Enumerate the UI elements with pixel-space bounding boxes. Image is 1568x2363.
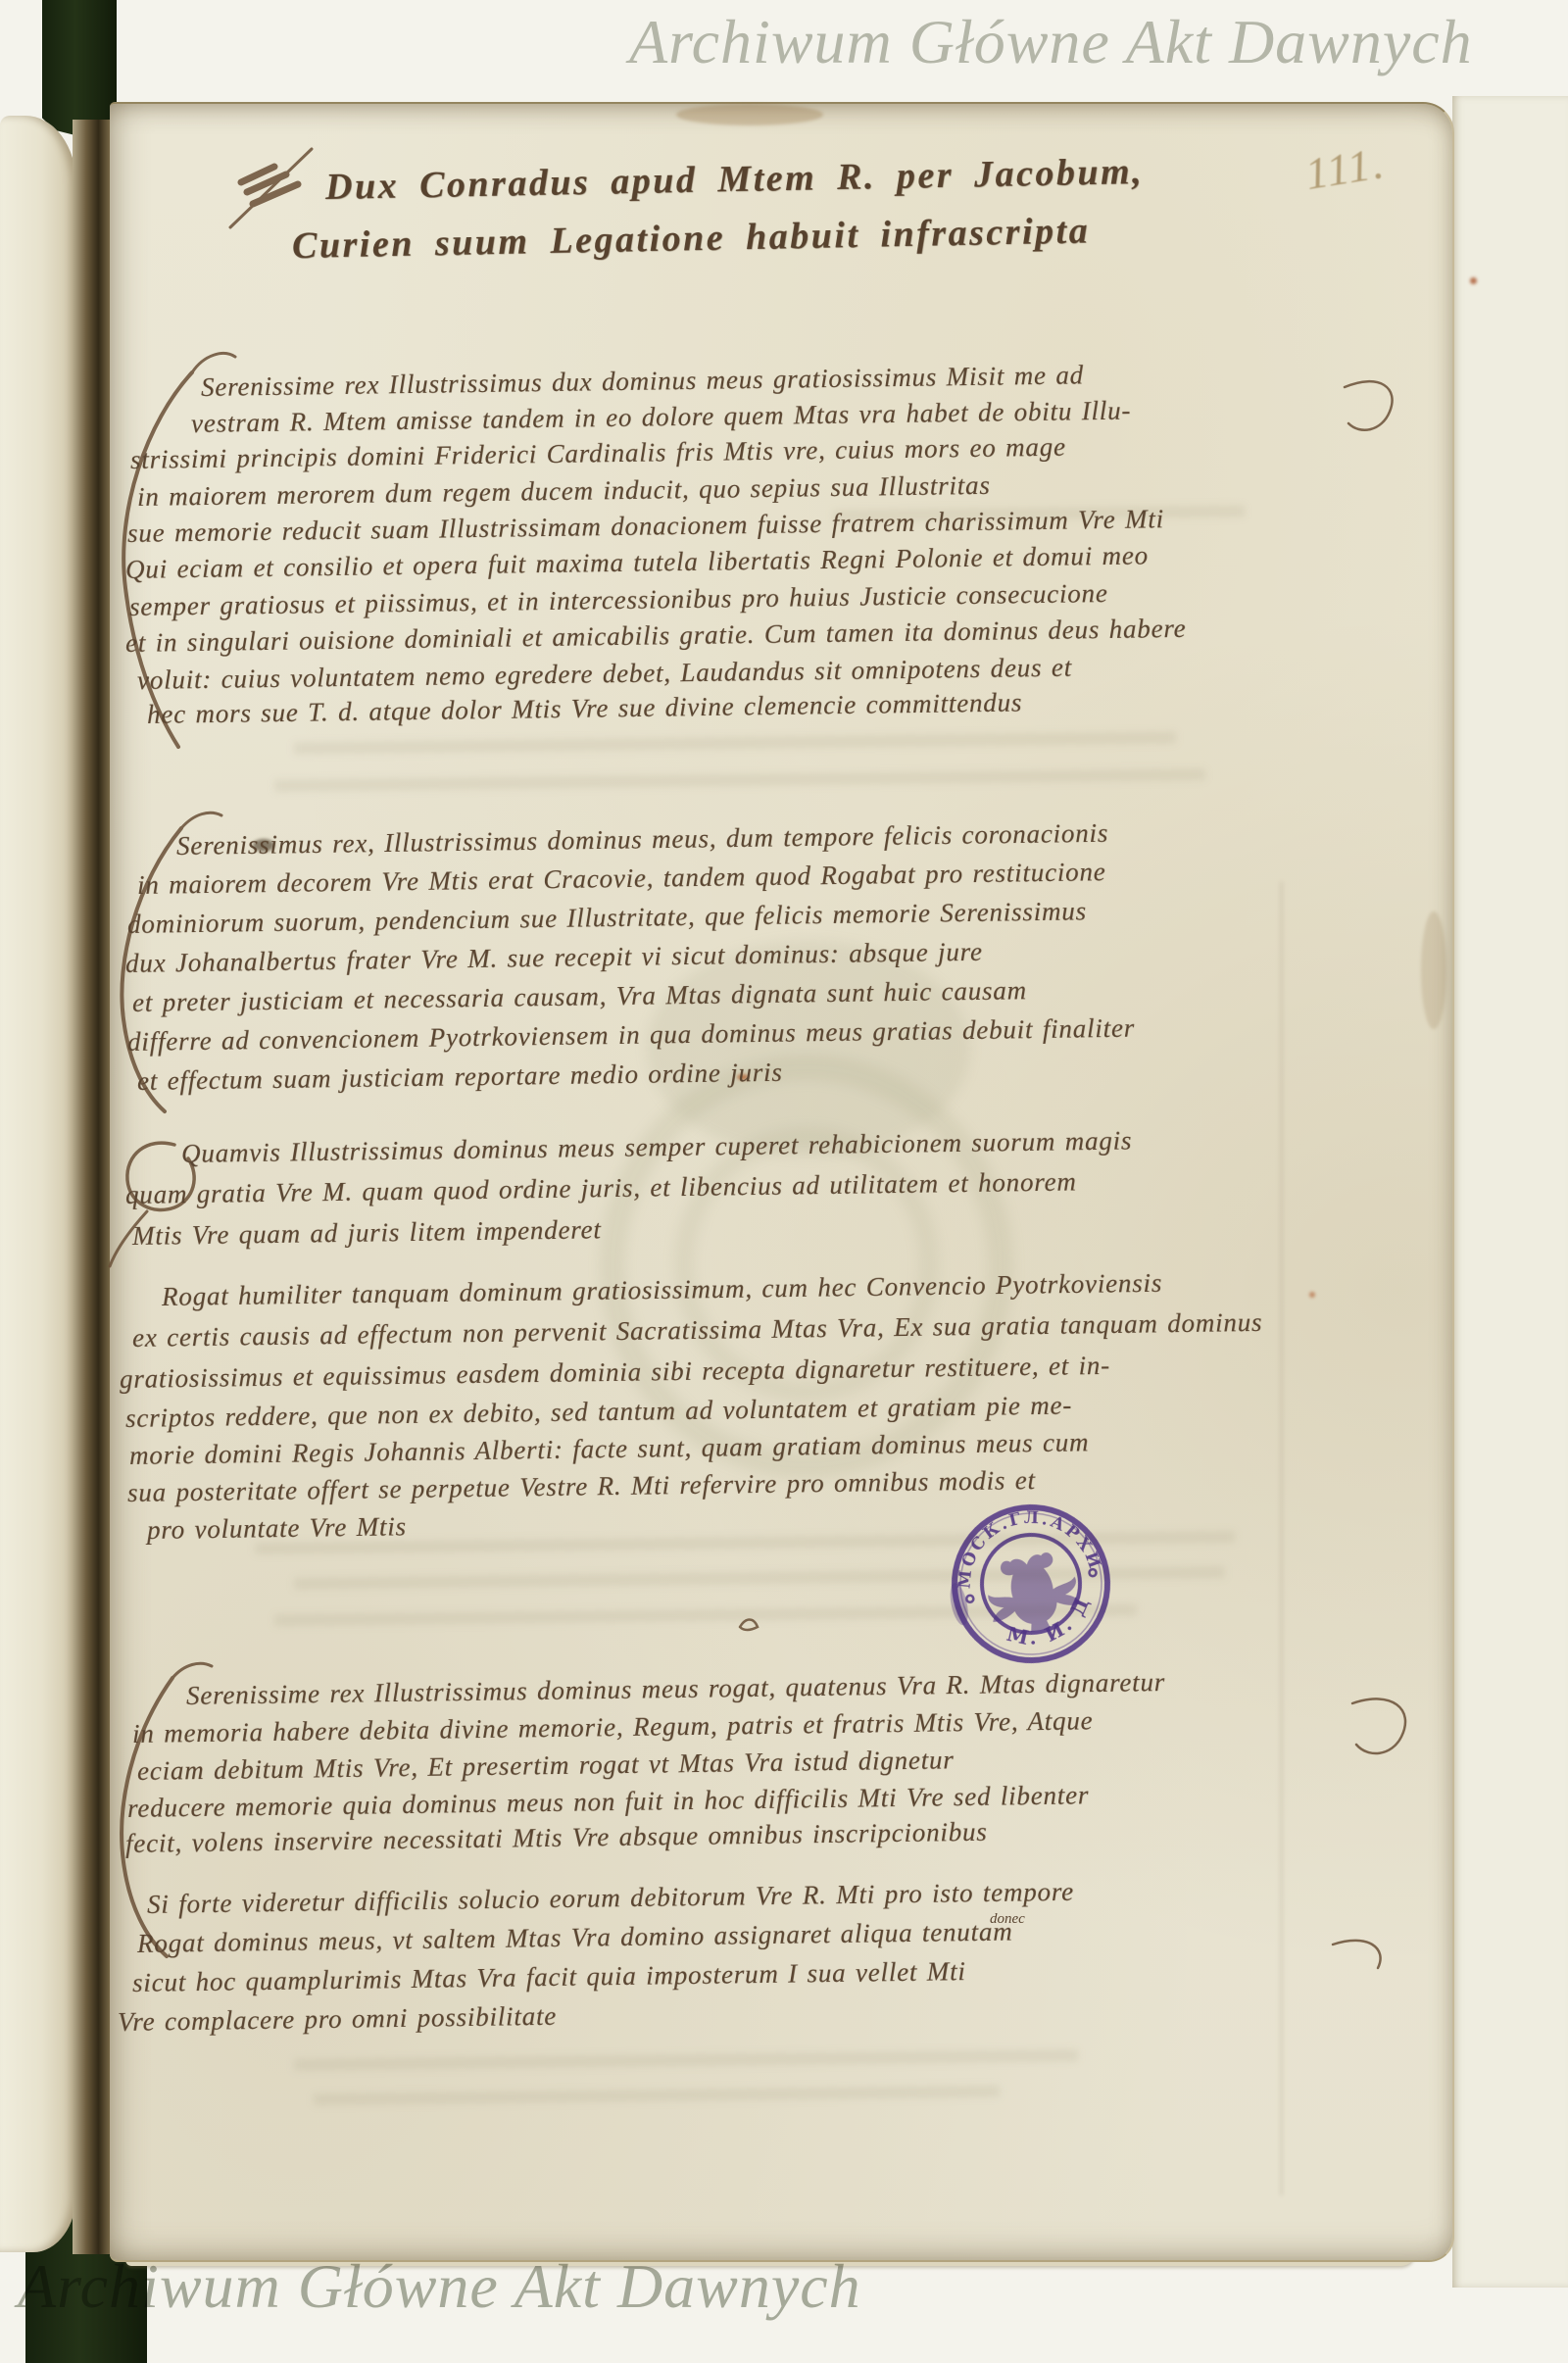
archive-watermark-bottom: Archiwum Główne Akt Dawnych	[18, 2252, 861, 2321]
interlinear-note: donec	[990, 1911, 1025, 1927]
manuscript-line: Mtis Vre quam ad juris litem impenderet	[132, 1212, 602, 1253]
manuscript-scan: 111. Dux Conradus apud Mtem R. per Jacob…	[0, 0, 1568, 2363]
margin-swash	[1352, 1698, 1405, 1753]
margin-swash	[1345, 381, 1393, 430]
archive-watermark-top: Archiwum Główne Akt Dawnych	[629, 8, 1473, 76]
pennant-icon	[230, 149, 312, 227]
margin-swash	[1333, 1941, 1381, 1968]
stamp-separator-dot	[966, 1595, 974, 1602]
manuscript-line: Vre complacere pro omni possibilitate	[118, 1999, 557, 2039]
manuscript-line: pro voluntate Vre Mtis	[147, 1509, 407, 1547]
archive-stamp: МОСК.ГЛ.АРХИВЪ М. И. Д.	[926, 1479, 1135, 1688]
small-mark	[740, 1620, 758, 1631]
